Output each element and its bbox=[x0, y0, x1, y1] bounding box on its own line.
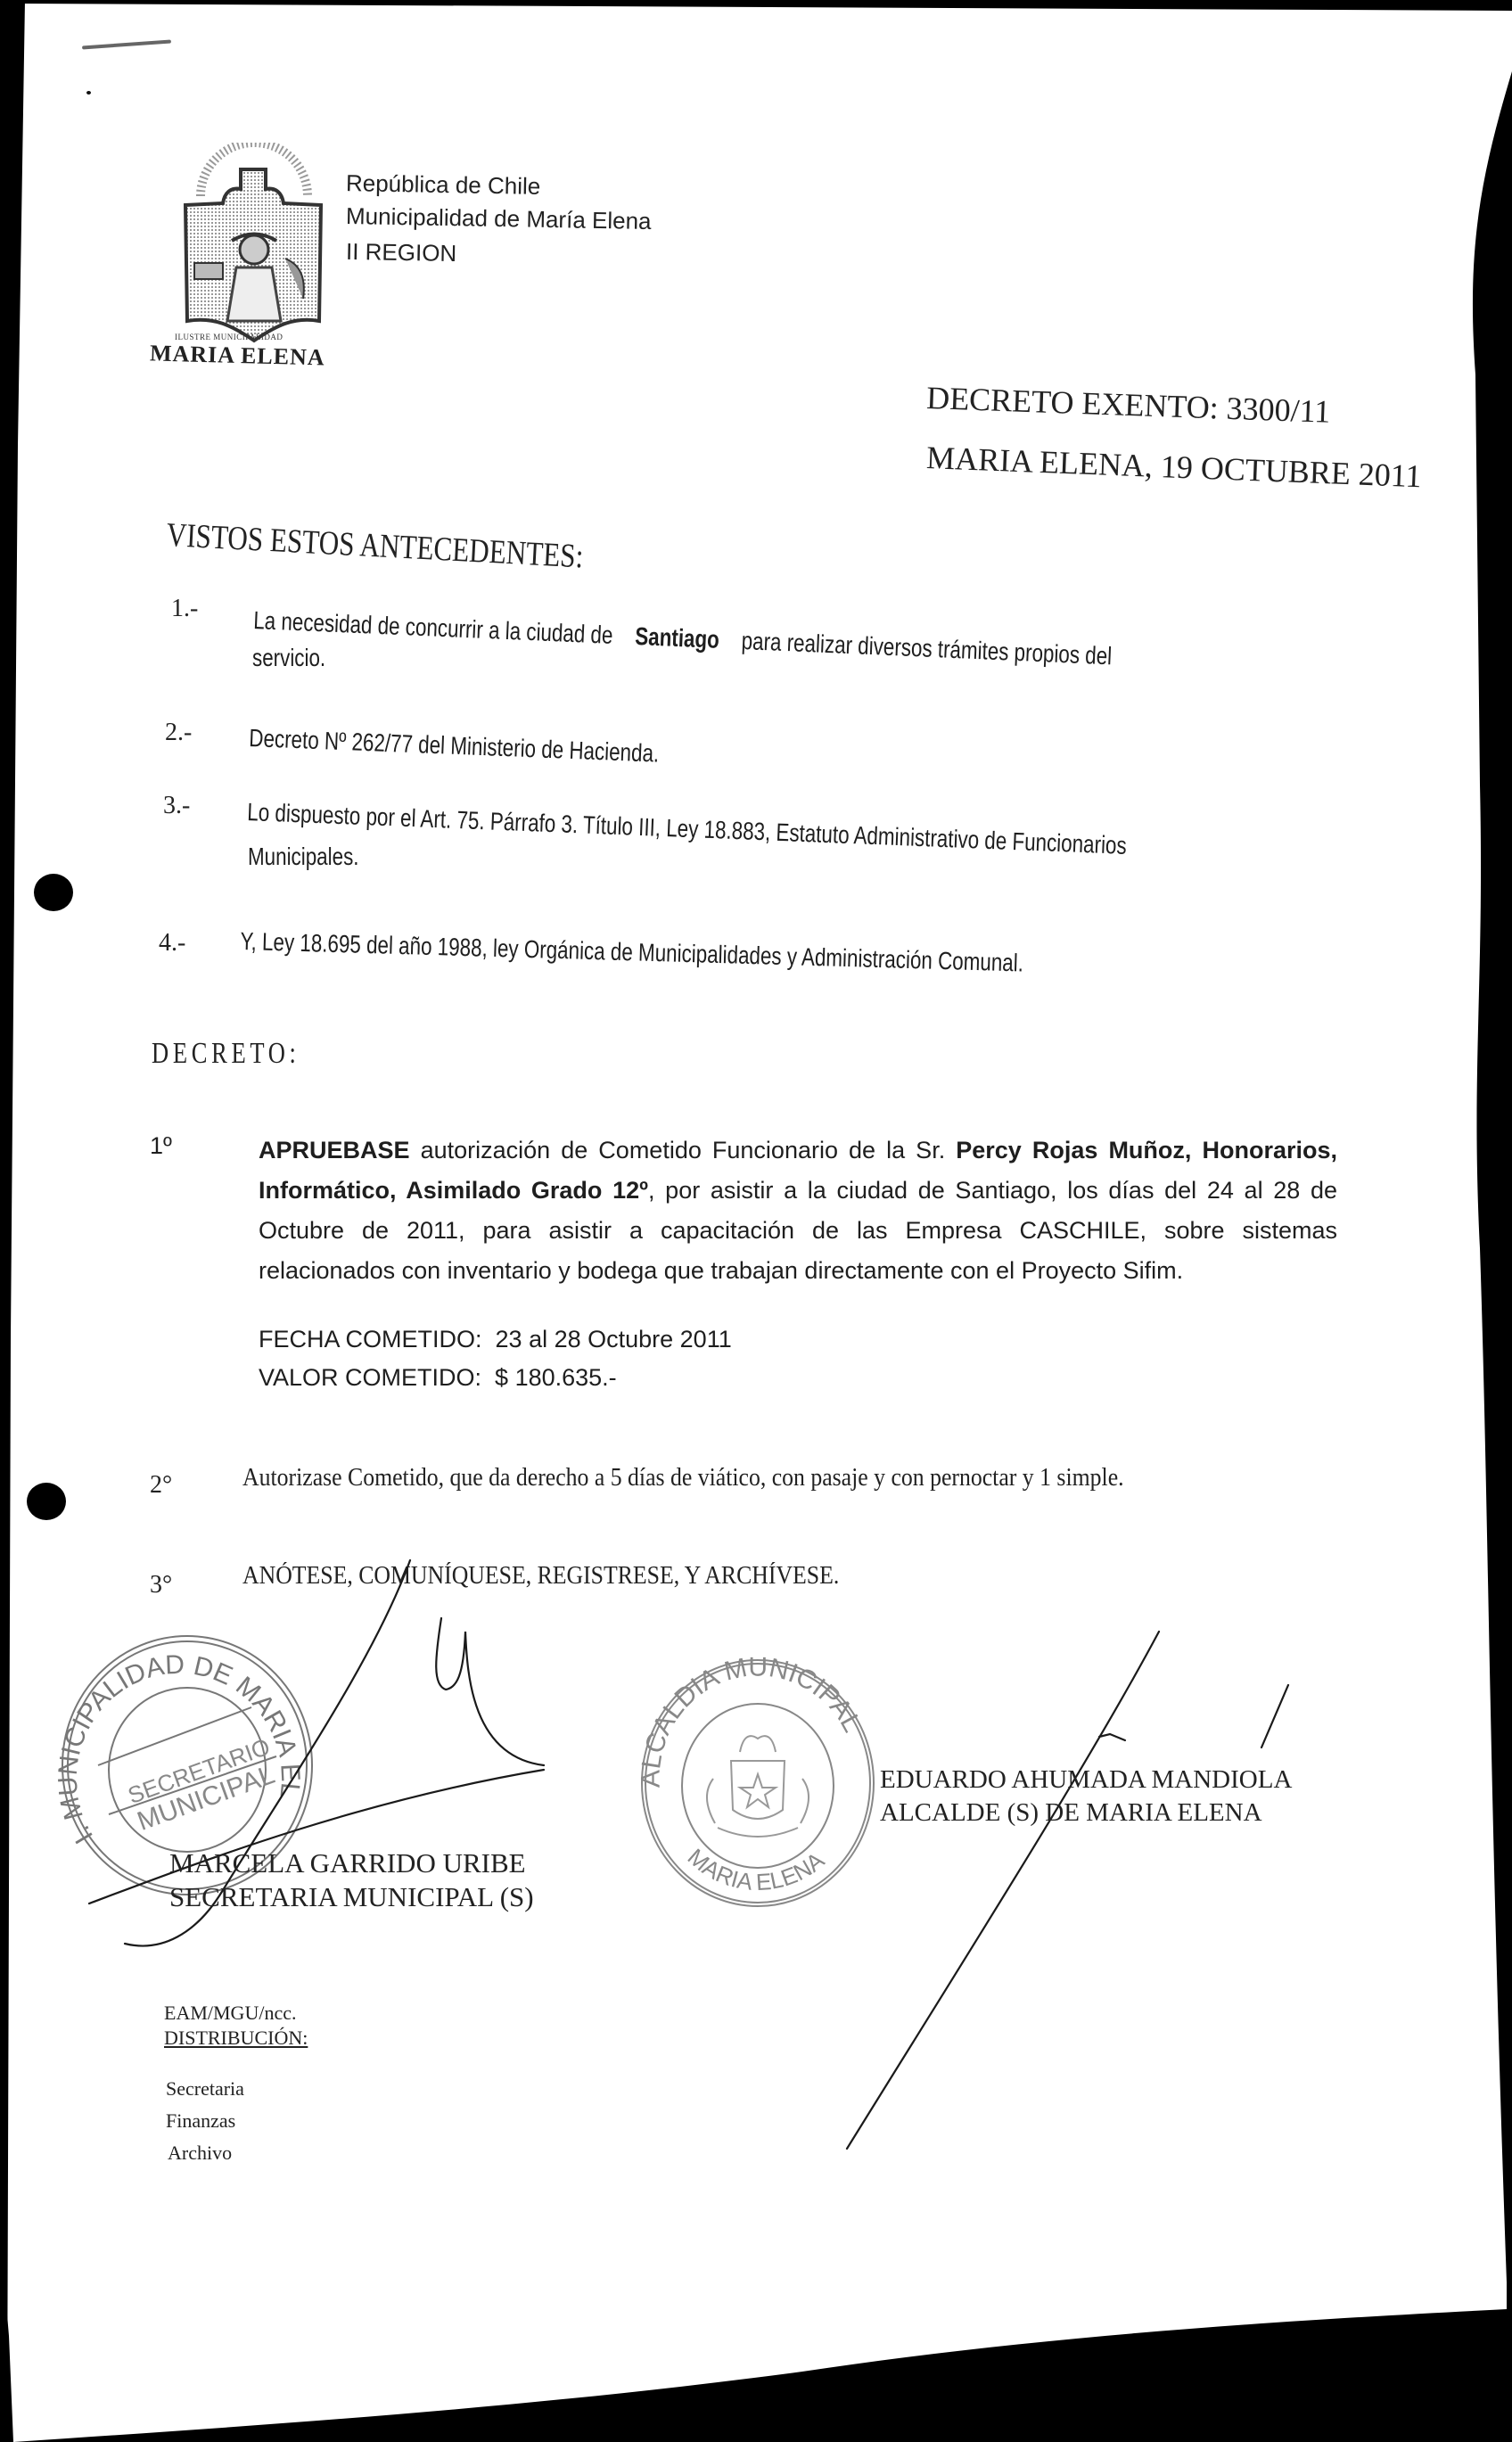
distribution-heading: DISTRIBUCIÓN: bbox=[164, 2027, 308, 2050]
fecha-cometido: FECHA COMETIDO: 23 al 28 Octubre 2011 bbox=[259, 1326, 732, 1353]
header-region: II REGION bbox=[346, 238, 457, 267]
initials: EAM/MGU/ncc. bbox=[164, 2002, 296, 2025]
distribution-item: Archivo bbox=[168, 2142, 232, 2165]
visto-1-line2: servicio. bbox=[252, 644, 325, 672]
chile-coat-of-arms-icon bbox=[707, 1736, 809, 1837]
article-number: 3° bbox=[150, 1571, 172, 1599]
article-2-text: Autorizase Cometido, que da derecho a 5 … bbox=[242, 1464, 1124, 1492]
distribution-item: Secretaria bbox=[166, 2077, 244, 2101]
article-number: 2° bbox=[150, 1471, 172, 1500]
article-1-text: APRUEBASE autorización de Cometido Funci… bbox=[259, 1131, 1337, 1291]
visto-3-line2: Municipales. bbox=[248, 843, 359, 871]
signer-right-name: EDUARDO AHUMADA MANDIOLA bbox=[880, 1765, 1292, 1795]
scan-mark bbox=[82, 40, 171, 50]
visto-number: 2.- bbox=[165, 719, 192, 747]
distribution-item: Finanzas bbox=[166, 2109, 235, 2133]
visto-1-city: Santiago bbox=[635, 622, 720, 654]
decree-place-date: MARIA ELENA, 19 OCTUBRE 2011 bbox=[925, 439, 1422, 495]
decreto-heading: DECRETO: bbox=[152, 1037, 300, 1071]
signer-left-name: MARCELA GARRIDO URIBE bbox=[169, 1847, 526, 1879]
municipal-crest-icon bbox=[160, 143, 339, 348]
logo-caption-large: MARIA ELENA bbox=[150, 340, 325, 371]
alcaldia-stamp-icon: ALCALDIA MUNICIPAL MARIA ELENA bbox=[633, 1654, 883, 1912]
scan-speck bbox=[86, 91, 91, 95]
signer-right-title: ALCALDE (S) DE MARIA ELENA bbox=[880, 1798, 1262, 1828]
punch-hole bbox=[27, 1483, 66, 1520]
article-number: 1º bbox=[150, 1132, 172, 1160]
visto-number: 4.- bbox=[159, 929, 185, 958]
decree-number: DECRETO EXENTO: 3300/11 bbox=[926, 379, 1332, 431]
visto-4-line1: Y, Ley 18.695 del año 1988, ley Orgánica… bbox=[240, 927, 1023, 978]
document-page: ILUSTRE MUNICIPALIDAD MARIA ELENA Repúbl… bbox=[0, 0, 1512, 2442]
visto-number: 1.- bbox=[171, 595, 198, 623]
signer-left-title: SECRETARIA MUNICIPAL (S) bbox=[169, 1881, 534, 1913]
header-country: República de Chile bbox=[346, 169, 541, 201]
article-3-text: ANÓTESE, COMUNÍQUESE, REGISTRESE, Y ARCH… bbox=[242, 1562, 839, 1591]
punch-hole bbox=[34, 874, 73, 911]
visto-number: 3.- bbox=[163, 792, 190, 820]
vistos-heading: VISTOS ESTOS ANTECEDENTES: bbox=[166, 515, 585, 576]
valor-cometido: VALOR COMETIDO: $ 180.635.- bbox=[259, 1364, 617, 1392]
header-municipality: Municipalidad de María Elena bbox=[346, 202, 652, 235]
visto-1-line1: La necesidad de concurrir a la ciudad de… bbox=[253, 606, 1113, 670]
visto-2-line1: Decreto Nº 262/77 del Ministerio de Haci… bbox=[249, 724, 660, 769]
logo-caption-small: ILUSTRE MUNICIPALIDAD bbox=[175, 333, 283, 341]
visto-3-line1: Lo dispuesto por el Art. 75. Párrafo 3. … bbox=[247, 798, 1128, 860]
